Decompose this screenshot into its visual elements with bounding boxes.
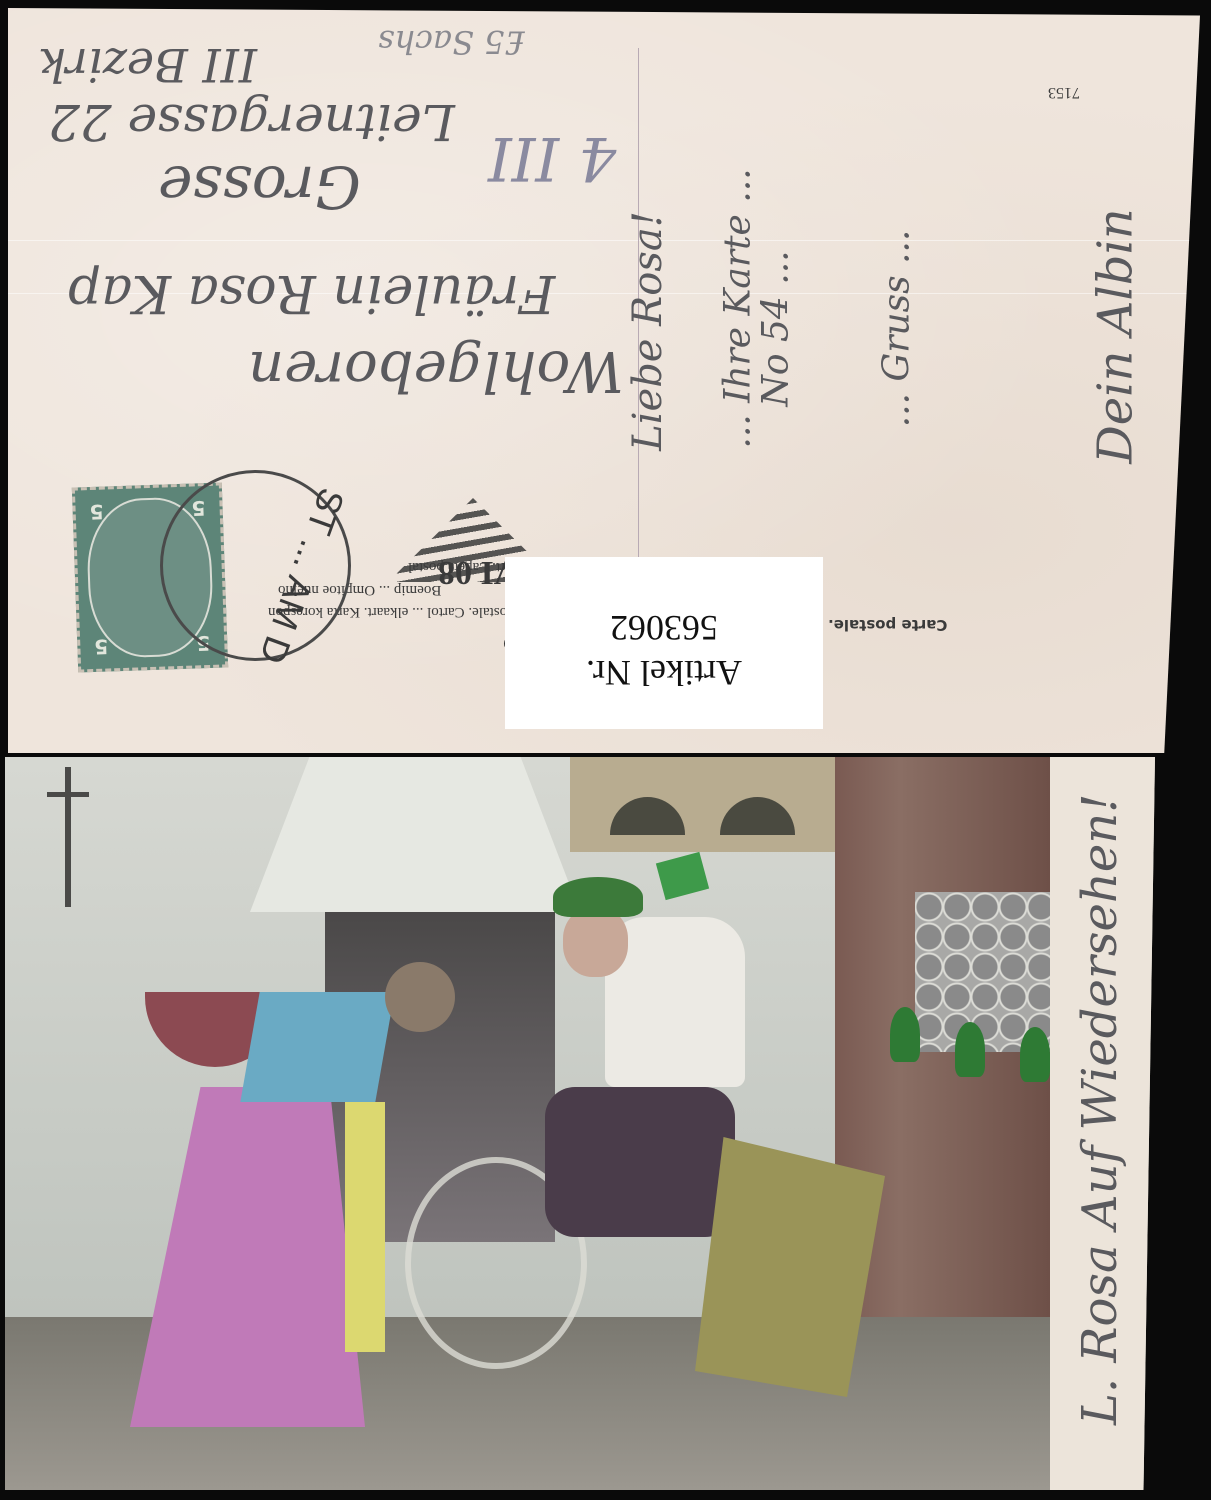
plate-shelf	[570, 757, 835, 852]
print-number: 7153	[1048, 83, 1080, 101]
message-signature: Dein Albin	[1088, 208, 1144, 463]
article-label-title: Artikel Nr.	[505, 652, 823, 694]
potted-plant	[1020, 1027, 1050, 1082]
woman-head	[385, 962, 455, 1032]
message-line: No 54 ...	[756, 250, 797, 406]
woman-apron	[345, 1102, 385, 1352]
article-number: 563062	[505, 607, 823, 649]
front-margin: L. Rosa Auf Wiedersehen!	[1050, 757, 1155, 1490]
message-line: ... Gruss ...	[876, 230, 917, 428]
woman-vest	[240, 992, 394, 1102]
postcard-front: L. Rosa Auf Wiedersehen!	[5, 757, 1155, 1490]
potted-plant	[955, 1022, 985, 1077]
fold-line	[8, 240, 1200, 241]
pencil-note: £5 Sachs	[378, 23, 525, 61]
man-lederhosen	[545, 1087, 735, 1237]
stamp-denomination: 5	[94, 635, 109, 659]
crucifix	[65, 767, 71, 907]
article-label: 563062 Artikel Nr.	[505, 557, 823, 729]
pencil-note: 4 III	[488, 123, 616, 193]
address-line: Wohlgeboren	[248, 338, 624, 403]
printed-line: Carte postale.	[828, 616, 947, 634]
stamp-denomination: 5	[89, 500, 104, 524]
man-head	[563, 907, 628, 977]
address-line: Leitnergasse 22	[48, 93, 455, 151]
front-caption-handwriting: L. Rosa Auf Wiedersehen!	[1072, 805, 1128, 1425]
potted-plant	[890, 1007, 920, 1062]
address-line: Grosse	[158, 153, 361, 221]
message-line: ... Ihre Karte ...	[718, 168, 759, 448]
man-green-hat	[553, 877, 643, 917]
address-line: Fräulein Rosa Kap	[68, 263, 555, 323]
message-line: Liebe Rosa!	[625, 211, 671, 451]
address-line: III Bezirk	[38, 38, 257, 92]
